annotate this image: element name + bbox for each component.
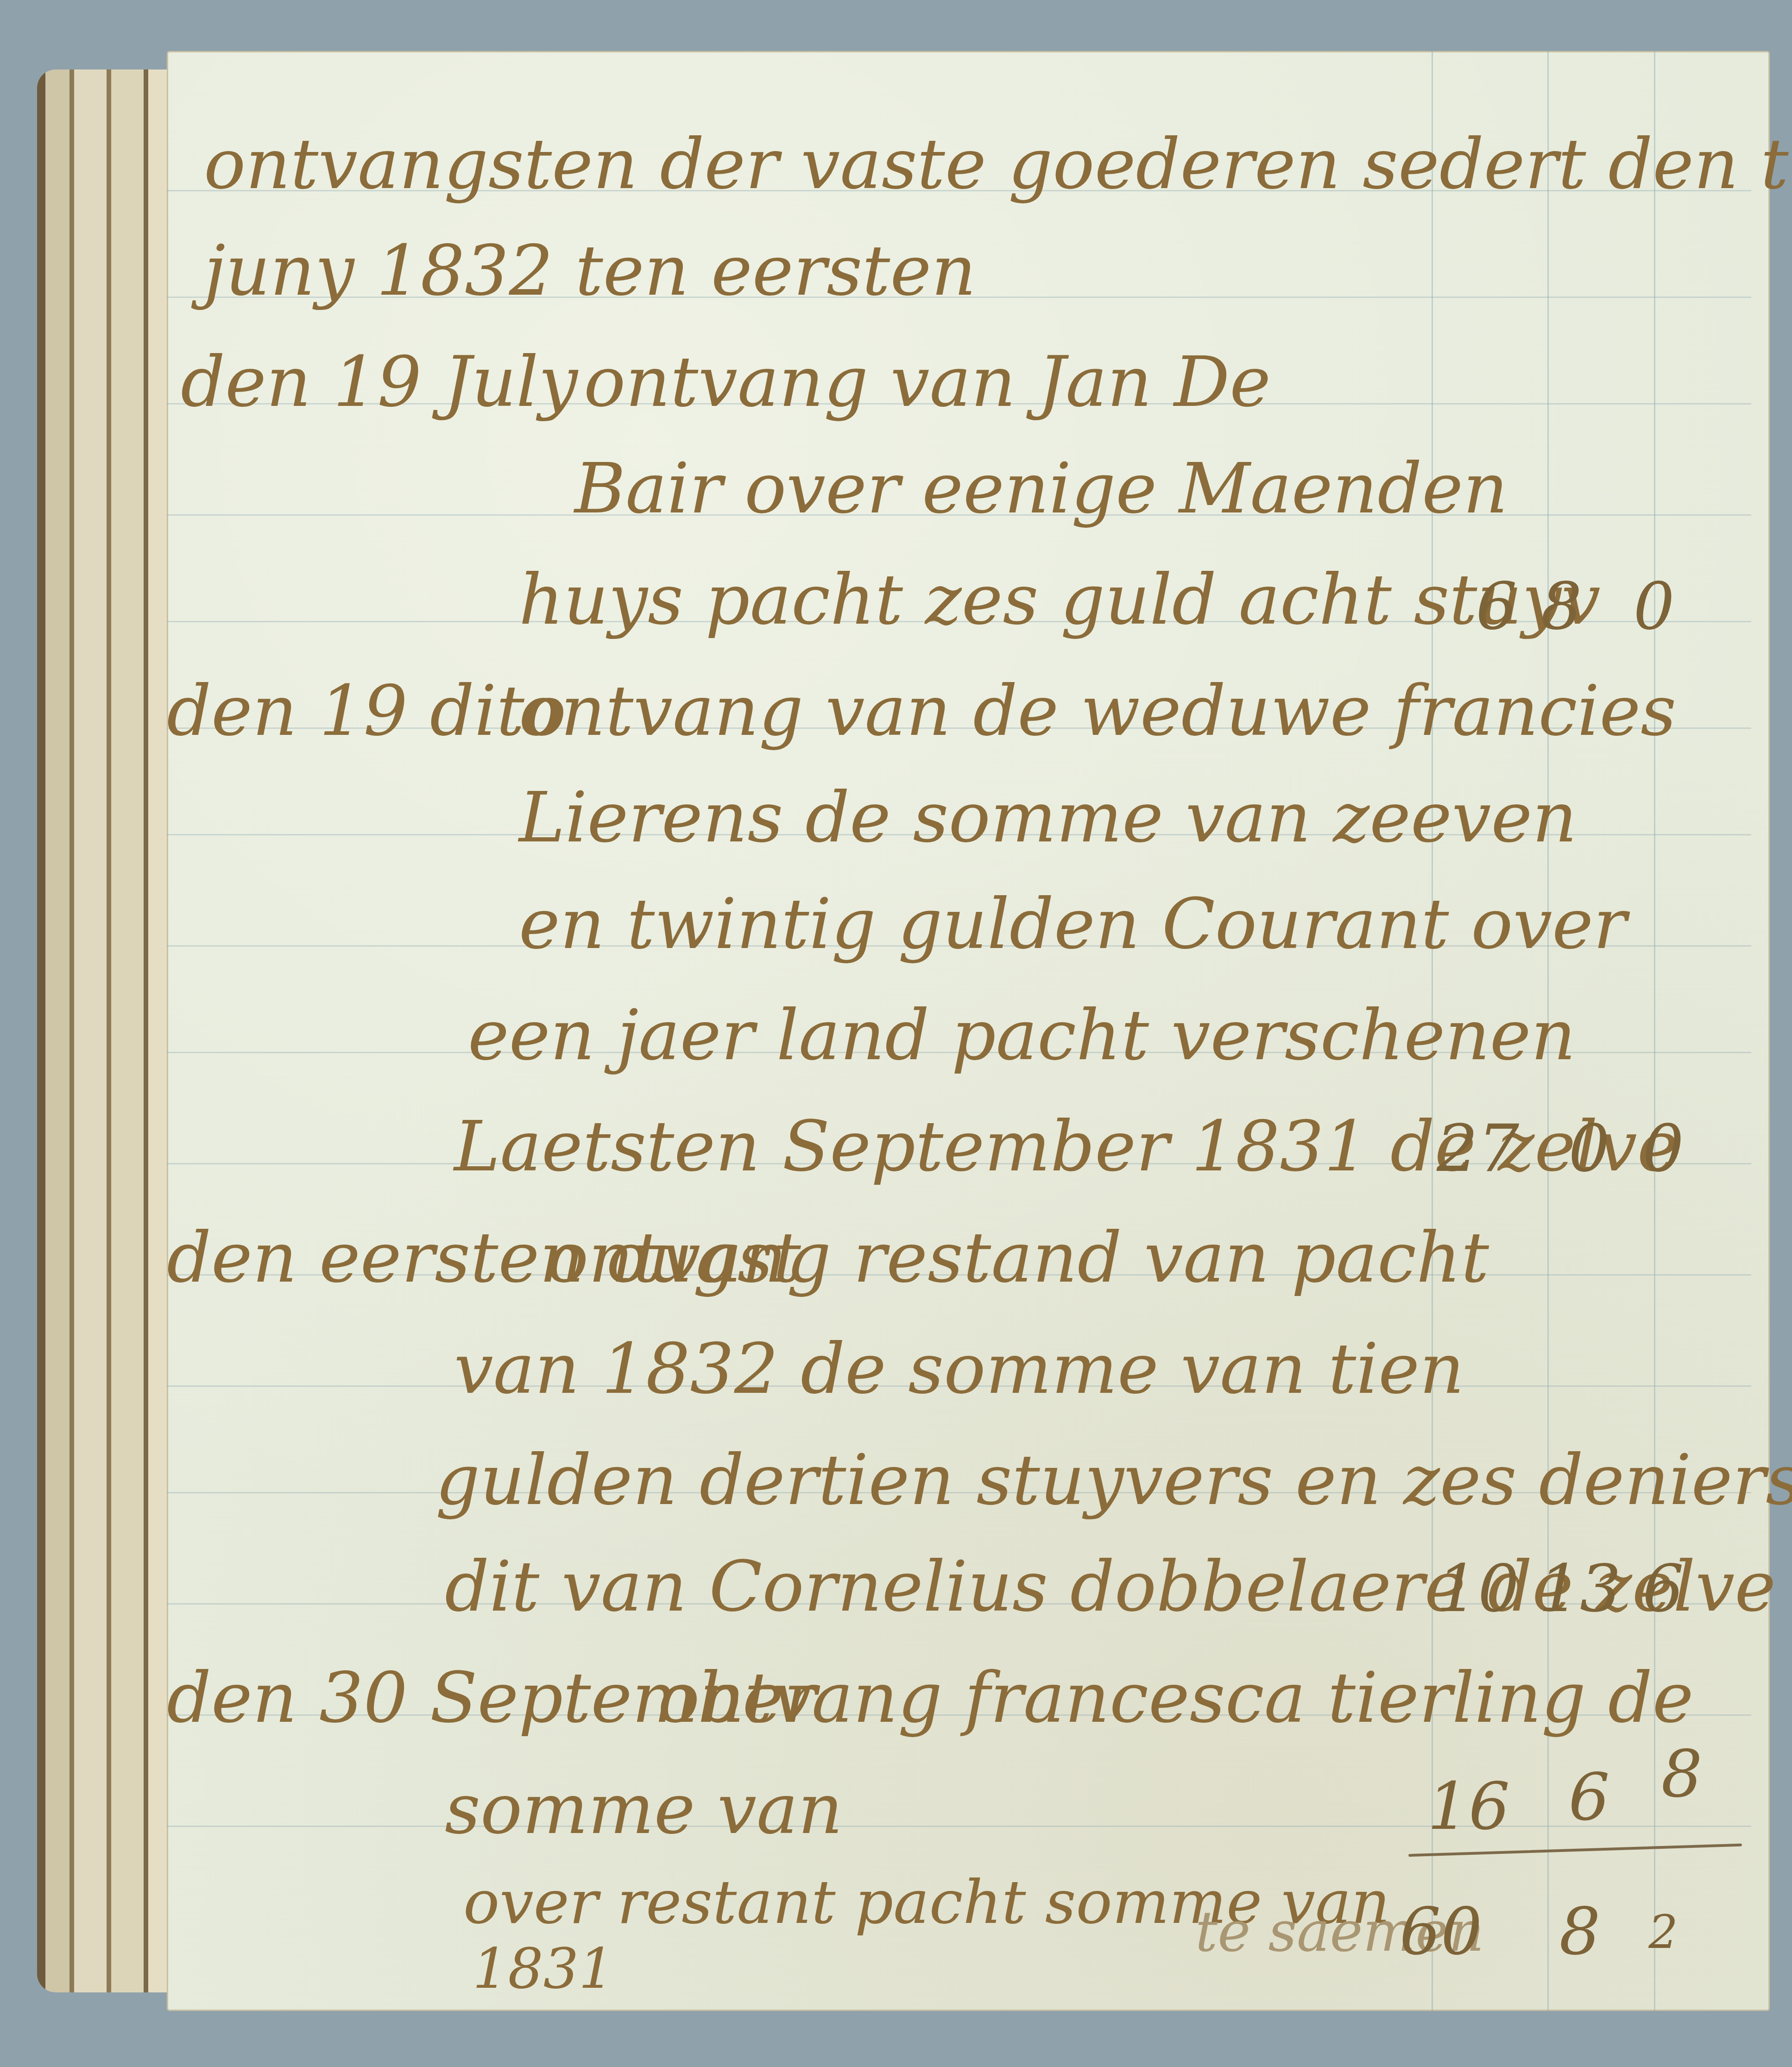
entry-1-deniers: 0	[1603, 575, 1705, 639]
entry-1-line-1: ontvang van Jan De	[584, 348, 1271, 417]
entry-1-stuivers: 8	[1510, 575, 1612, 639]
heading-line-2: juny 1832 ten eersten	[204, 236, 976, 306]
page-stack-edges	[37, 70, 176, 1992]
entry-4-stuivers: 6	[1538, 1765, 1640, 1830]
entry-4-line-1: ontvang francesca tierling de	[658, 1663, 1694, 1733]
entry-2-deniers: 0	[1612, 1117, 1714, 1182]
entry-4-line-2: somme van	[445, 1775, 843, 1844]
entry-4-deniers: 8	[1631, 1742, 1733, 1807]
entry-3-guilders: 10	[1427, 1557, 1529, 1622]
entry-2-line-4: een jaer land pacht verschenen	[468, 1001, 1576, 1070]
entry-1-date: den 19 July	[181, 348, 578, 417]
entry-2-guilders: 27	[1427, 1117, 1529, 1182]
heading-line-1: ontvangsten der vaste goederen sedert de…	[204, 130, 1792, 199]
entry-3-line-2: van 1832 de somme van tien	[454, 1334, 1464, 1404]
entry-3-line-1: ontvang restand van pacht	[547, 1223, 1489, 1293]
entry-3-deniers: 6	[1612, 1557, 1714, 1622]
entry-1-line-3: huys pacht zes guld acht stuyv	[519, 565, 1601, 635]
total-guilders: 60	[1390, 1900, 1492, 1965]
entry-2-date: den 19 dito	[167, 676, 566, 746]
entry-4-line-4: 1831	[473, 1941, 614, 1997]
entry-2-line-1: ontvang van de weduwe francies	[519, 676, 1676, 746]
total-deniers: 2	[1612, 1909, 1714, 1955]
ledger-page: ontvangsten der vaste goederen sedert de…	[167, 51, 1770, 2011]
entry-4-guilders: 16	[1418, 1775, 1520, 1839]
entry-1-line-2: Bair over eenige Maenden	[574, 454, 1508, 524]
entry-2-line-2: Lierens de somme van zeeven	[519, 783, 1577, 853]
entry-2-line-3: en twintig gulden Courant over	[519, 890, 1627, 959]
entry-3-line-3: gulden dertien stuyvers en zes deniers	[435, 1446, 1792, 1515]
sum-rule	[1408, 1844, 1742, 1857]
